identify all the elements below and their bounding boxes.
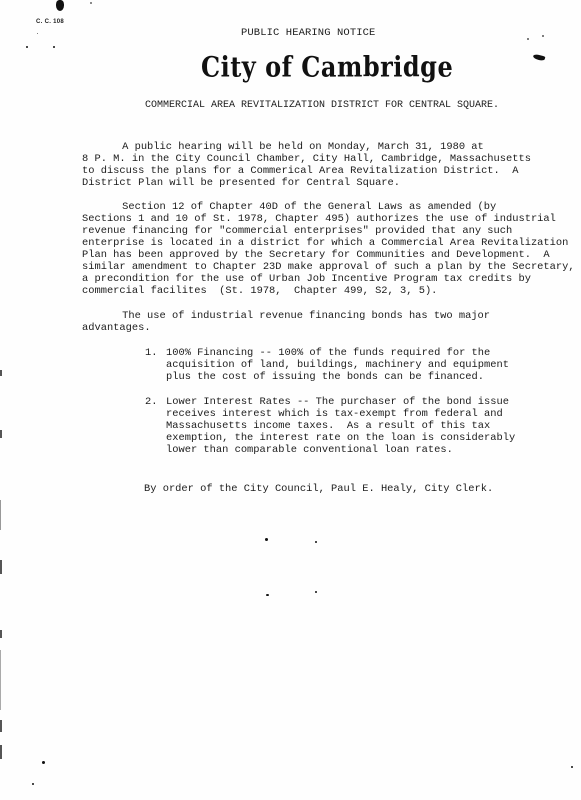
text-line: Plan has been approved by the Secretary …	[82, 249, 550, 261]
text-line: acquisition of land, buildings, machiner…	[166, 359, 509, 371]
scan-speck	[26, 46, 28, 48]
text-line: plus the cost of issuing the bonds can b…	[166, 371, 484, 383]
text-line: a precondition for the use of Urban Job …	[82, 273, 531, 285]
scan-speck	[265, 538, 268, 541]
left-edge-marks	[0, 630, 2, 638]
text-line: enterprise is located in a district for …	[82, 237, 568, 249]
left-edge-marks	[0, 430, 2, 438]
list-number: 1.	[145, 347, 157, 359]
text-line: District Plan will be presented for Cent…	[82, 177, 400, 189]
left-edge-marks	[0, 720, 2, 732]
signature-line: By order of the City Council, Paul E. He…	[144, 483, 493, 495]
notice-header: PUBLIC HEARING NOTICE	[241, 27, 375, 39]
scan-speck	[37, 33, 38, 34]
left-edge-marks	[0, 650, 1, 710]
scan-speck	[527, 38, 529, 40]
scan-speck	[90, 2, 92, 4]
left-edge-marks	[0, 745, 2, 759]
scan-speck	[42, 761, 45, 764]
left-edge-marks	[0, 500, 1, 530]
text-line: receives interest which is tax-exempt fr…	[166, 408, 503, 420]
text-line: Lower Interest Rates -- The purchaser of…	[166, 396, 509, 408]
scan-speck	[53, 46, 55, 48]
text-line: Sections 1 and 10 of St. 1978, Chapter 4…	[82, 213, 556, 225]
left-edge-marks	[0, 560, 2, 574]
scan-speck	[542, 35, 544, 37]
city-title: City of Cambridge	[201, 50, 453, 83]
text-line: 100% Financing -- 100% of the funds requ…	[166, 347, 490, 359]
text-line: Section 12 of Chapter 40D of the General…	[66, 201, 496, 213]
text-line: commercial facilites (St. 1978, Chapter …	[82, 285, 437, 297]
list-number: 2.	[145, 396, 157, 408]
scan-speck	[56, 0, 64, 11]
text-line: similar amendment to Chapter 23D make ap…	[82, 261, 575, 273]
text-line: The use of industrial revenue financing …	[66, 310, 490, 322]
scan-speck	[571, 766, 573, 768]
scan-speck	[315, 541, 317, 543]
left-edge-marks	[0, 370, 2, 376]
text-line: 8 P. M. in the City Council Chamber, Cit…	[82, 153, 531, 165]
scan-speck	[32, 783, 34, 785]
form-number: C. C. 108	[36, 19, 64, 25]
text-line: advantages.	[82, 322, 151, 334]
scan-speck	[315, 591, 317, 593]
text-line: lower than comparable conventional loan …	[166, 444, 453, 456]
text-line: Massachusetts income taxes. As a result …	[166, 420, 490, 432]
notice-subject: COMMERCIAL AREA REVITALIZATION DISTRICT …	[145, 100, 499, 111]
document-page: C. C. 108 PUBLIC HEARING NOTICE City of …	[0, 0, 581, 800]
text-line: exemption, the interest rate on the loan…	[166, 432, 515, 444]
scan-speck	[533, 54, 546, 62]
text-line: revenue financing for "commercial enterp…	[82, 225, 512, 237]
scan-speck	[266, 594, 269, 596]
text-line: to discuss the plans for a Commerical Ar…	[82, 165, 518, 177]
text-line: A public hearing will be held on Monday,…	[66, 141, 484, 153]
